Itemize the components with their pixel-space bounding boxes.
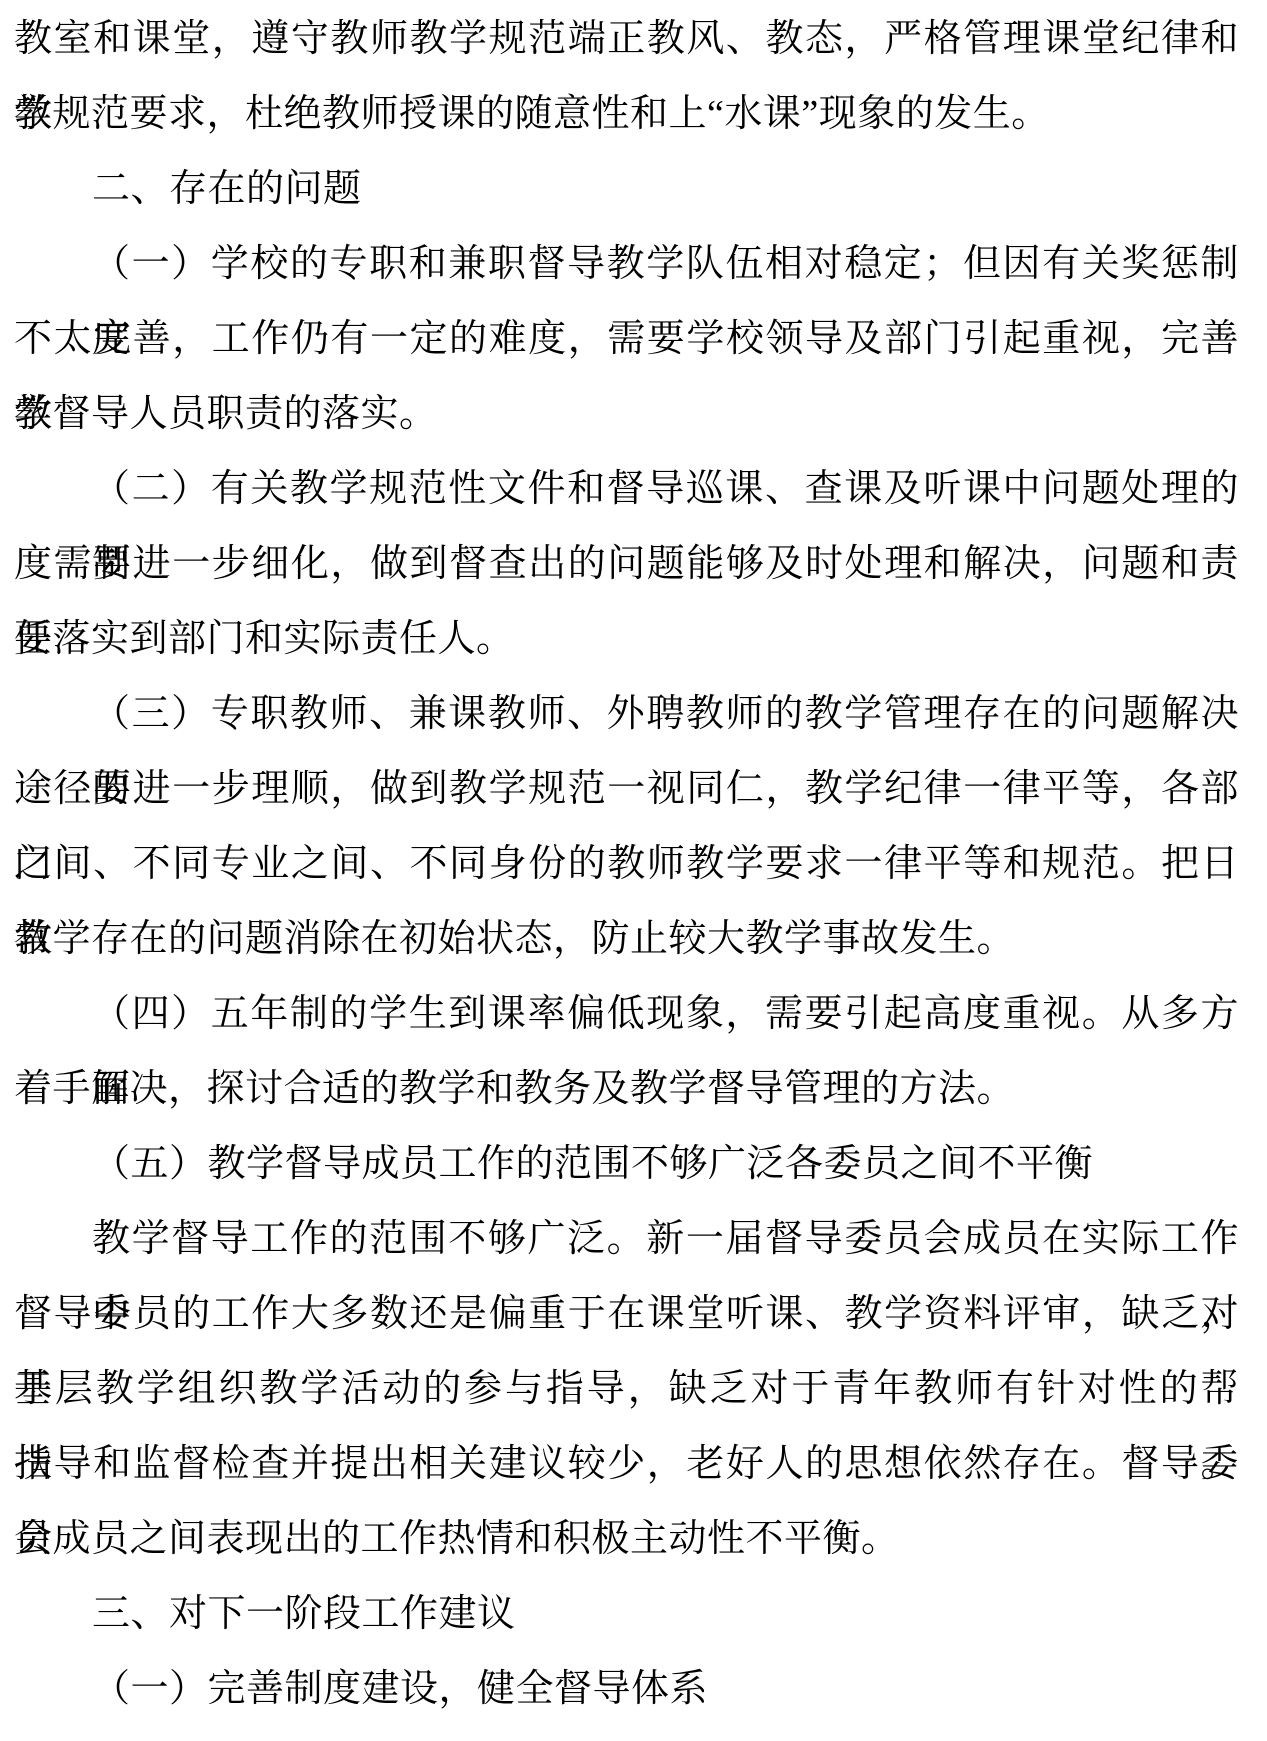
- body-text-line: 不太完善，工作仍有一定的难度，需要学校领导及部门引起重视，完善教: [14, 302, 1239, 377]
- body-text-line: 度需要进一步细化，做到督查出的问题能够及时处理和解决，问题和责任: [14, 527, 1239, 602]
- document-page: 教室和课堂，遵守教师教学规范端正教风、教态，严格管理课堂纪律和教 学规范要求，杜…: [0, 0, 1267, 1741]
- body-text-line: （一）学校的专职和兼职督导教学队伍相对稳定；但因有关奖惩制度: [14, 227, 1239, 302]
- body-text-line: 途径要进一步理顺，做到教学规范一视同仁，教学纪律一律平等，各部门: [14, 752, 1239, 827]
- body-text-line: 会成员之间表现出的工作热情和积极主动性不平衡。: [14, 1502, 1239, 1577]
- body-text-line: 指导和监督检查并提出相关建议较少，老好人的思想依然存在。督导委员: [14, 1427, 1239, 1502]
- body-text-line: 基层教学组织教学活动的参与指导，缺乏对于青年教师有针对性的帮扶。: [14, 1352, 1239, 1427]
- body-text-line: 之间、不同专业之间、不同身份的教师教学要求一律平等和规范。把日常: [14, 827, 1239, 902]
- body-text-line: （二）有关教学规范性文件和督导巡课、查课及听课中问题处理的制: [14, 452, 1239, 527]
- body-text-line: 要落实到部门和实际责任人。: [14, 602, 1239, 677]
- body-text-line: 学督导人员职责的落实。: [14, 377, 1239, 452]
- section-heading: 三、对下一阶段工作建议: [14, 1577, 1239, 1652]
- body-text-line: 教学存在的问题消除在初始状态，防止较大教学事故发生。: [14, 902, 1239, 977]
- body-text-line: 教室和课堂，遵守教师教学规范端正教风、教态，严格管理课堂纪律和教: [14, 2, 1239, 77]
- body-text-line: 督导委员的工作大多数还是偏重于在课堂听课、教学资料评审，缺乏对于: [14, 1277, 1239, 1352]
- body-text-line: 学规范要求，杜绝教师授课的随意性和上“水课”现象的发生。: [14, 77, 1239, 152]
- body-text-line: （三）专职教师、兼课教师、外聘教师的教学管理存在的问题解决的: [14, 677, 1239, 752]
- body-text-line: （四）五年制的学生到课率偏低现象，需要引起高度重视。从多方面: [14, 977, 1239, 1052]
- section-heading: 二、存在的问题: [14, 152, 1239, 227]
- subsection-heading: （一）完善制度建设，健全督导体系: [14, 1652, 1239, 1727]
- subsection-heading: （五）教学督导成员工作的范围不够广泛各委员之间不平衡: [14, 1127, 1239, 1202]
- body-text-line: 教学督导工作的范围不够广泛。新一届督导委员会成员在实际工作中，: [14, 1202, 1239, 1277]
- body-text-line: 着手解决，探讨合适的教学和教务及教学督导管理的方法。: [14, 1052, 1239, 1127]
